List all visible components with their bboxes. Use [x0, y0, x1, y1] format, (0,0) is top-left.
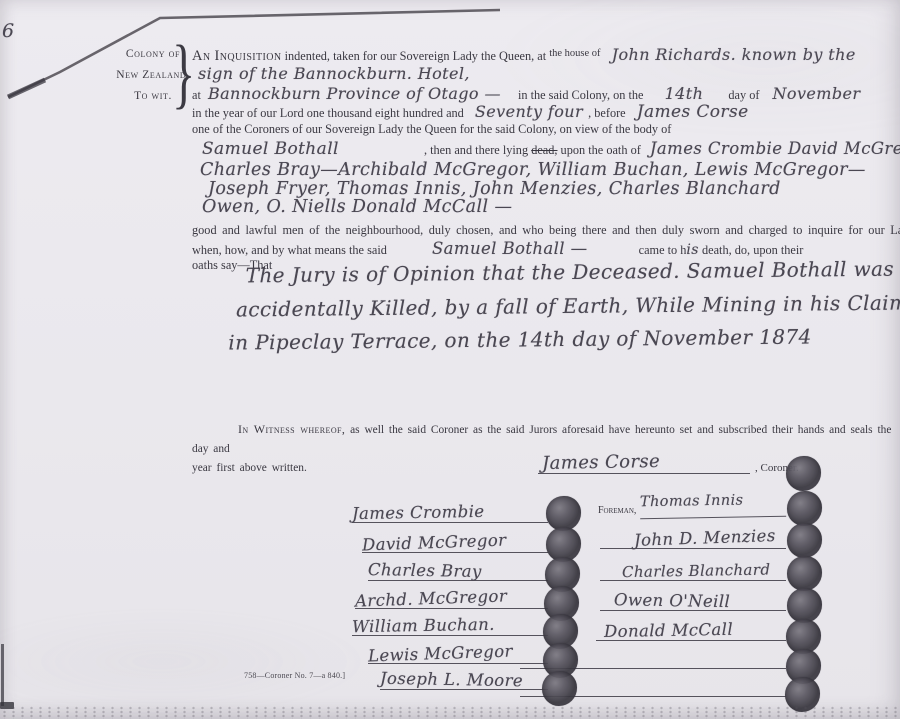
jurors-entry-2: Charles Bray—Archibald McGregor, William… [200, 160, 866, 180]
juror-signature-row: Archd. McGregor [355, 582, 548, 609]
juror-signature-row: Owen O'Neill [600, 584, 786, 611]
juror-signature-row: Charles Bray [368, 554, 548, 581]
juror-signature: William Buchan. [352, 615, 495, 636]
foreman-label: Foreman, [598, 505, 640, 518]
form-line-3-colony: in the said Colony, on the [518, 88, 644, 102]
juror-signature: Joseph L. Moore [380, 669, 523, 690]
juror-signature: Lewis McGregor [368, 641, 513, 665]
jurors-entry-1: James Crombie David McGregor— [650, 139, 900, 158]
form-line-6: Samuel Bothall , then and there lying de… [202, 140, 900, 159]
juror-signature: John D. Menzies [600, 526, 776, 551]
juror-signature-row: William Buchan. [352, 609, 548, 636]
form-line-4-before: , before [588, 106, 626, 120]
juror-signature: James Crombie [352, 502, 485, 523]
wax-seal [542, 671, 577, 706]
month-entry: November [773, 84, 861, 103]
juror-signature-row: David McGregor [362, 526, 548, 553]
wax-seal [787, 523, 822, 558]
wax-seal [787, 588, 822, 623]
hotel-sign-entry: sign of the Bannockburn. Hotel, [198, 64, 470, 83]
foreman-signature: Thomas Innis [640, 492, 786, 520]
year-entry: Seventy four [475, 102, 583, 121]
form-line-1-inserted: the house of [549, 48, 600, 59]
coroner-signature: James Corse [538, 451, 660, 474]
form-line-3-at: at [192, 88, 201, 102]
juror-signature: Charles Bray [368, 560, 482, 581]
form-line-6-printed-a: , then and there lying [424, 143, 531, 157]
form-line-11-printed-a: when, how, and by what means the said [192, 243, 387, 257]
juror-signature: Charles Blanchard [600, 561, 771, 582]
juror-signature-row: John D. Menzies [600, 522, 786, 549]
form-line-3-day-of: day of [728, 88, 759, 102]
juror-signature-row: Donald McCall [596, 614, 786, 641]
scan-edge-mark [1, 644, 4, 706]
wax-seal [786, 456, 821, 491]
scan-bottom-grain [0, 706, 900, 719]
witness-lead: In Witness whereof, [238, 422, 345, 436]
day-entry: 14th [665, 84, 704, 103]
jurors-entry-3: Joseph Fryer, Thomas Innis, John Menzies… [208, 179, 781, 199]
wax-seal [546, 496, 581, 531]
form-line-7: Charles Bray—Archibald McGregor, William… [200, 162, 866, 180]
struck-word-dead: dead, [531, 143, 557, 157]
foreman-signature-row: Foreman, Thomas Innis [598, 492, 786, 518]
coroner-name-entry: James Corse [637, 102, 749, 122]
form-line-4-year: in the year of our Lord one thousand eig… [192, 106, 464, 120]
form-line-2: sign of the Bannockburn. Hotel, [198, 65, 470, 84]
form-line-9: Owen, O. Niells Donald McCall — [202, 199, 512, 217]
form-line-10-printed: good and lawful men of the neighbourhood… [192, 223, 900, 237]
coroner-signature-row: James Corse , Coroner. [538, 452, 799, 474]
form-line-10: good and lawful men of the neighbourhood… [192, 222, 900, 239]
inquest-document-page: 6 Colony of New Zealand, To wit. } An In… [0, 0, 900, 719]
form-line-1: An Inquisition indented, taken for our S… [192, 45, 856, 65]
form-line-5-printed: one of the Coroners of our Sovereign Lad… [192, 122, 671, 136]
deceased-name-entry: Samuel Bothall [202, 139, 339, 159]
wax-seal [787, 556, 822, 591]
place-entry: Bannockburn Province of Otago — [208, 84, 501, 103]
form-imprint-number: 758—Coroner No. 7—a 840.] [244, 671, 345, 680]
wax-seal [787, 491, 822, 526]
form-line-1-printed: indented, taken for our Sovereign Lady t… [285, 49, 547, 63]
verdict-line-3: in Pipeclay Terrace, on the 14th day of … [228, 319, 900, 360]
verdict-block: The Jury is of Opinion that the Deceased… [227, 252, 900, 360]
juror-signature: David McGregor [362, 530, 507, 554]
form-line-4: in the year of our Lord one thousand eig… [192, 103, 749, 122]
juror-signature: Archd. McGregor [355, 586, 508, 610]
jurors-entry-4: Owen, O. Niells Donald McCall — [202, 197, 512, 217]
house-of-entry: John Richards. known by the [612, 45, 856, 64]
juror-signature: Donald McCall [596, 620, 733, 641]
form-line-6-printed-b: upon the oath of [557, 143, 640, 157]
juror-signature: Owen O'Neill [600, 590, 730, 611]
page-number-note: 6 [2, 20, 15, 42]
juror-signature-row: James Crombie [352, 496, 548, 523]
juror-signature-row: Charles Blanchard [600, 554, 786, 581]
form-line-5: one of the Coroners of our Sovereign Lad… [192, 121, 671, 138]
inquisition-lead: An Inquisition [192, 48, 282, 64]
